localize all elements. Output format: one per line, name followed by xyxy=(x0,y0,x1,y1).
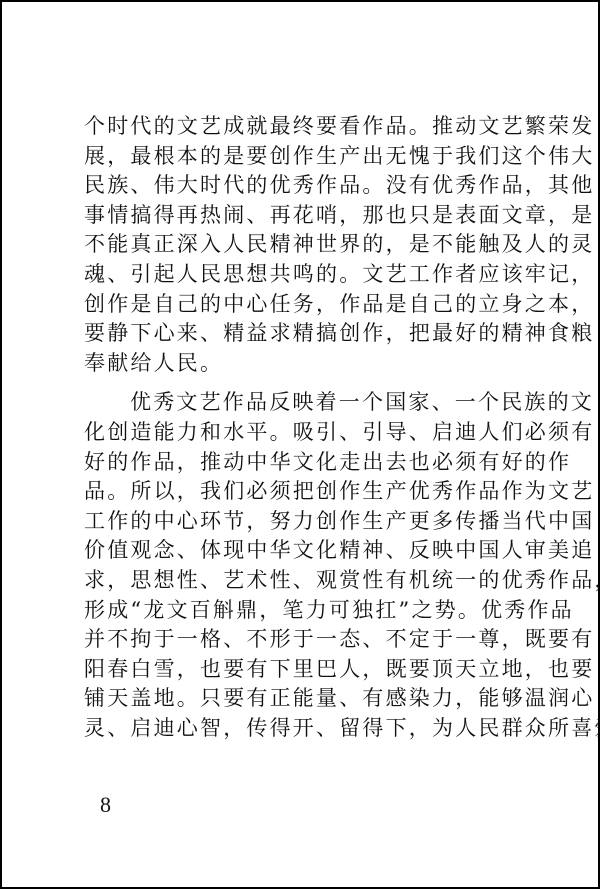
text-line: 铺天盖地。只要有正能量、有感染力，能够温润心 xyxy=(84,684,528,714)
text-line: 品。所以，我们必须把创作生产优秀作品作为文艺 xyxy=(84,477,528,507)
text-line: 要静下心来、精益求精搞创作，把最好的精神食粮 xyxy=(84,319,528,349)
body-text: 个时代的文艺成就最终要看作品。推动文艺繁荣发 展，最根本的是要创作生产出无愧于我… xyxy=(84,112,528,743)
book-page: 个时代的文艺成就最终要看作品。推动文艺繁荣发 展，最根本的是要创作生产出无愧于我… xyxy=(0,0,600,889)
text-line: 优秀文艺作品反映着一个国家、一个民族的文 xyxy=(84,388,528,418)
text-line: 事情搞得再热闹、再花哨，那也只是表面文章，是 xyxy=(84,201,528,231)
text-line: 化创造能力和水平。吸引、引导、启迪人们必须有 xyxy=(84,418,528,448)
text-line: 价值观念、体现中华文化精神、反映中国人审美追 xyxy=(84,536,528,566)
paragraph-spacing xyxy=(84,378,528,388)
paragraph-2: 优秀文艺作品反映着一个国家、一个民族的文 化创造能力和水平。吸引、引导、启迪人们… xyxy=(84,388,528,743)
text-line: 形成“龙文百斛鼎，笔力可独扛”之势。优秀作品 xyxy=(84,596,528,626)
text-line: 求，思想性、艺术性、观赏性有机统一的优秀作品， xyxy=(84,566,528,596)
text-line: 民族、伟大时代的优秀作品。没有优秀作品，其他 xyxy=(84,171,528,201)
text-line: 不能真正深入人民精神世界的，是不能触及人的灵 xyxy=(84,230,528,260)
text-line: 并不拘于一格、不形于一态、不定于一尊，既要有 xyxy=(84,625,528,655)
page-number: 8 xyxy=(100,792,111,818)
text-line: 魂、引起人民思想共鸣的。文艺工作者应该牢记， xyxy=(84,260,528,290)
text-line: 展，最根本的是要创作生产出无愧于我们这个伟大 xyxy=(84,142,528,172)
paragraph-1: 个时代的文艺成就最终要看作品。推动文艺繁荣发 展，最根本的是要创作生产出无愧于我… xyxy=(84,112,528,378)
text-line: 奉献给人民。 xyxy=(84,349,528,379)
text-line: 工作的中心环节，努力创作生产更多传播当代中国 xyxy=(84,507,528,537)
text-line: 个时代的文艺成就最终要看作品。推动文艺繁荣发 xyxy=(84,112,528,142)
text-line: 灵、启迪心智，传得开、留得下，为人民群众所喜爱， xyxy=(84,714,528,744)
text-line: 好的作品，推动中华文化走出去也必须有好的作 xyxy=(84,448,528,478)
text-line: 阳春白雪，也要有下里巴人，既要顶天立地，也要 xyxy=(84,655,528,685)
text-line: 创作是自己的中心任务，作品是自己的立身之本， xyxy=(84,290,528,320)
